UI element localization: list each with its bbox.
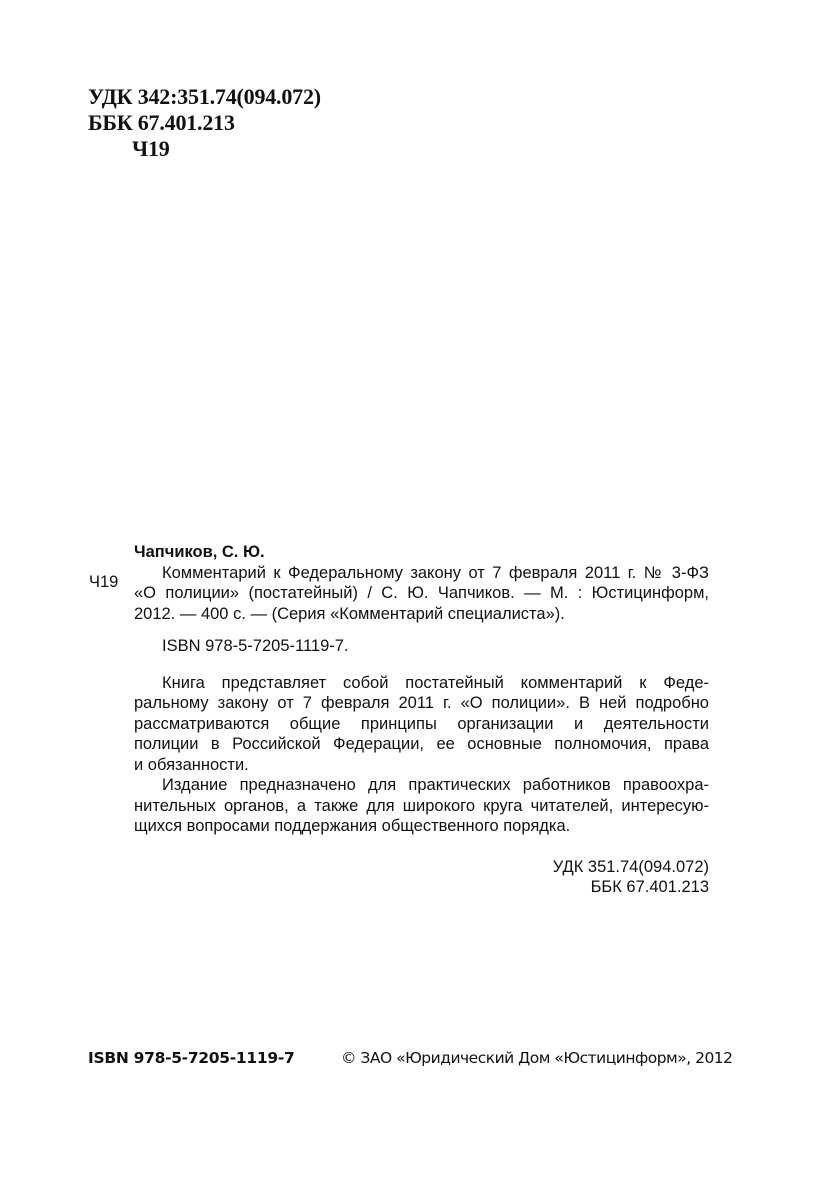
bibliographic-line: 2012. — 400 с. — (Серия «Комментарий спе… [134, 604, 709, 625]
annotation-line: Издание предназначено для практических р… [134, 775, 709, 796]
bbk-code: ББК 67.401.213 [88, 110, 321, 136]
annotation-line: полиции в Российской Федерации, ее основ… [134, 734, 709, 755]
card-udk: УДК 351.74(094.072) [134, 857, 709, 878]
annotation-line: нительных органов, а также для широкого … [134, 796, 709, 817]
author-mark: Ч19 [88, 136, 321, 162]
catalog-card: Чапчиков, С. Ю. Комментарий к Федерально… [134, 542, 709, 898]
annotation-line: ральному закону от 7 февраля 2011 г. «О … [134, 693, 709, 714]
card-classification: УДК 351.74(094.072) ББК 67.401.213 [134, 857, 709, 898]
udk-code: УДК 342:351.74(094.072) [88, 84, 321, 110]
annotation: Книга представляет собой постатейный ком… [134, 673, 709, 837]
annotation-line: рассматриваются общие принципы организац… [134, 714, 709, 735]
footer-isbn: ISBN 978-5-7205-1119-7 [88, 1048, 294, 1068]
card-isbn: ISBN 978-5-7205-1119-7. [134, 636, 709, 657]
annotation-line: щихся вопросами поддержания общественног… [134, 816, 709, 837]
bibliographic-line: «О полиции» (постатейный) / С. Ю. Чапчик… [134, 583, 709, 604]
card-bbk: ББК 67.401.213 [134, 877, 709, 898]
card-author: Чапчиков, С. Ю. [134, 542, 709, 563]
annotation-line: и обязанности. [134, 755, 709, 776]
bibliographic-line: Комментарий к Федеральному закону от 7 ф… [134, 563, 709, 584]
card-author-mark: Ч19 [89, 572, 118, 593]
copyright-notice: © ЗАО «Юридический Дом «Юстицинформ», 20… [341, 1048, 733, 1068]
classification-block: УДК 342:351.74(094.072) ББК 67.401.213 Ч… [88, 84, 321, 162]
annotation-line: Книга представляет собой постатейный ком… [134, 673, 709, 694]
